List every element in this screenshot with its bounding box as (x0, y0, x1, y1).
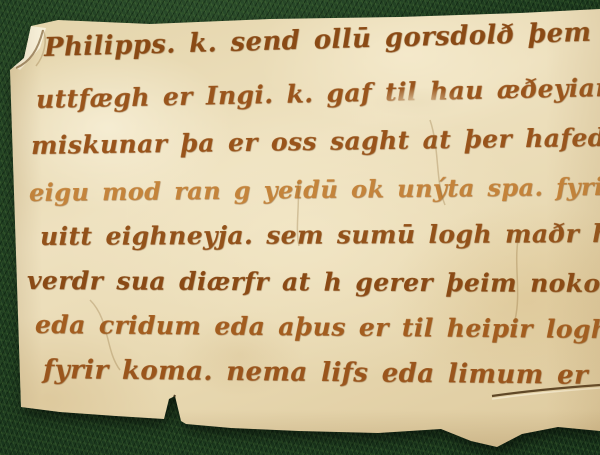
manuscript-line-3: miskunar þa er oss saght at þer hafed gæ… (31, 122, 600, 160)
green-felt-background: Philipps. k. send ollū gorsdolð þem er j… (0, 0, 600, 455)
manuscript-line-4: eigu mod ran g yeidū ok unýta spa. fyrir… (29, 171, 600, 207)
parchment: Philipps. k. send ollū gorsdolð þem er j… (0, 0, 600, 455)
manuscript-line-8: fyrir koma. nema lifs eda limum er þer (43, 355, 600, 391)
manuscript-line-5: uitt eighneyja. sem sumū logh maðr hefir (40, 219, 600, 251)
manuscript-line-6: verdr sua diærfr at h gerer þeim nokot s… (27, 266, 600, 298)
manuscript-line-1: Philipps. k. send ollū gorsdolð þem er j… (44, 13, 600, 63)
manuscript-line-2: uttfægh er Ingi. k. gaf til hau æðeyiar (36, 73, 600, 114)
tear-line (173, 395, 175, 422)
corner-fold (12, 26, 46, 70)
manuscript-line-7: eda cridum eda aþus er til heipir loghet (35, 310, 600, 344)
parchment-shadow-wrap: Philipps. k. send ollū gorsdolð þem er j… (0, 0, 600, 455)
